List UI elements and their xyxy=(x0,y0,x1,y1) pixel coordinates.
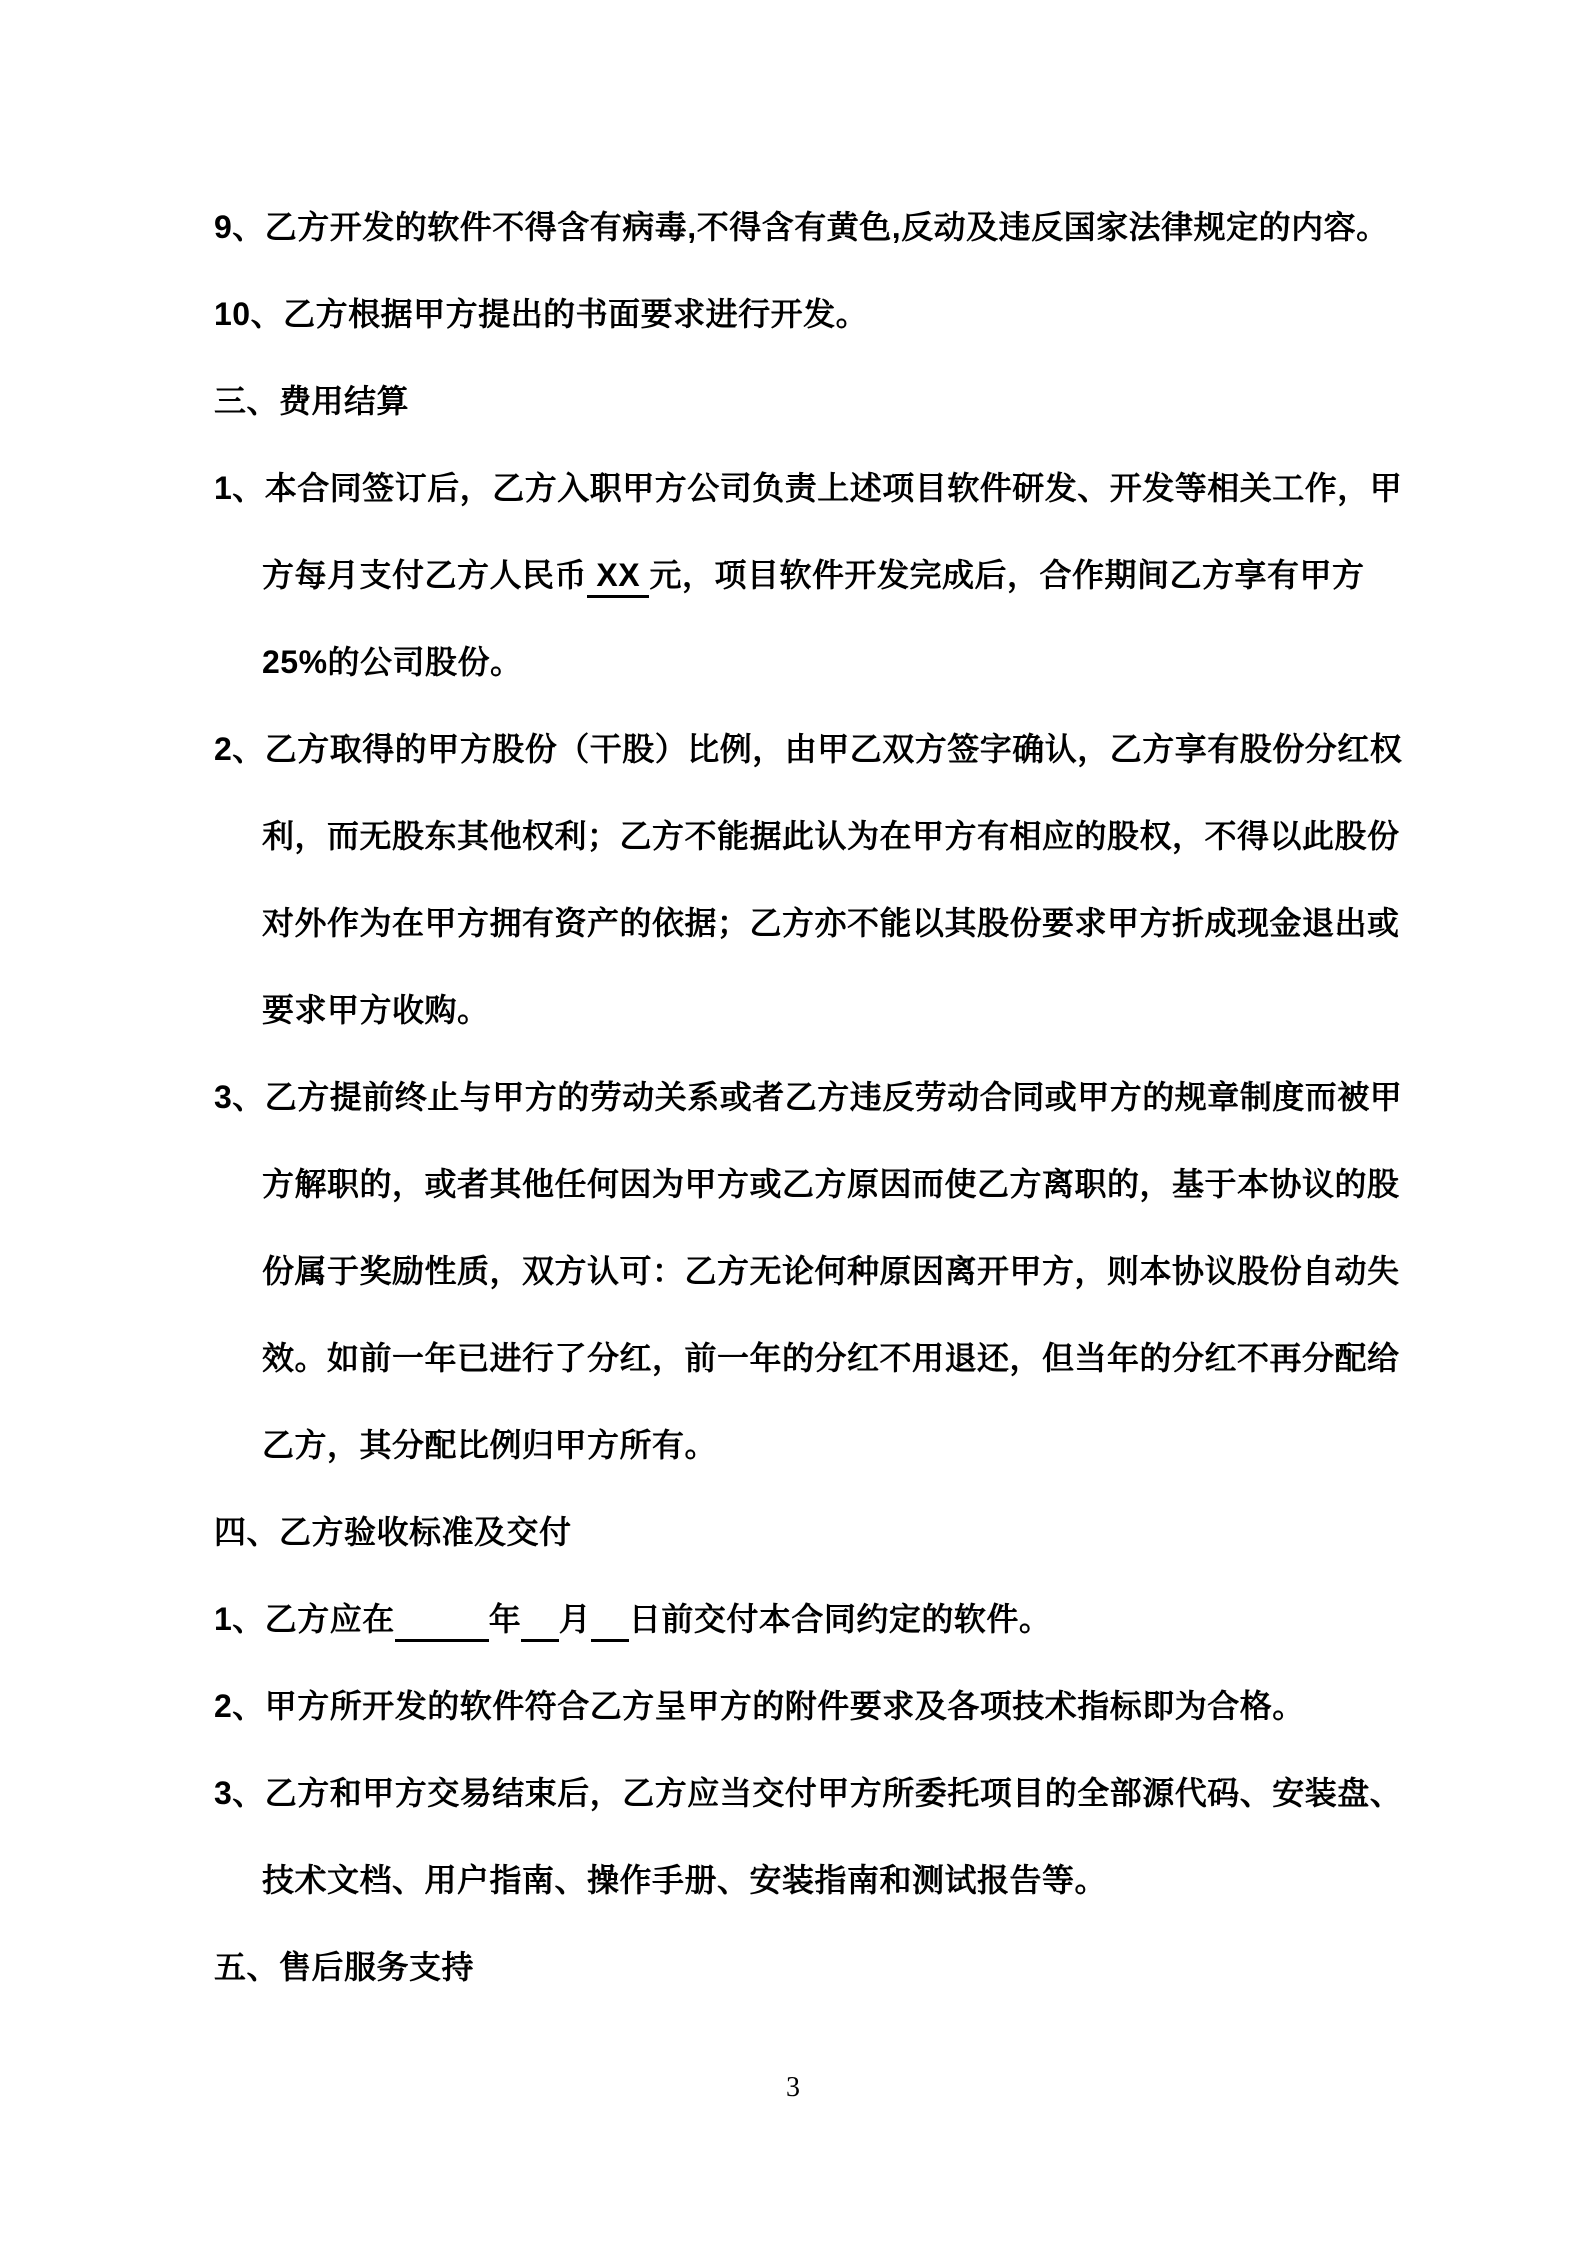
page-number: 3 xyxy=(0,2072,1586,2104)
text-segment: 10、乙方根据甲方提出的书面要求进行开发。 xyxy=(214,296,868,332)
text-line: 技术文档、用户指南、操作手册、安装指南和测试报告等。 xyxy=(214,1837,1376,1924)
text-segment: 1、乙方应在 xyxy=(214,1601,395,1637)
text-segment: 3、乙方提前终止与甲方的劳动关系或者乙方违反劳动合同或甲方的规章制度而被甲 xyxy=(214,1079,1402,1115)
text-line: 四、乙方验收标准及交付 xyxy=(214,1489,1376,1576)
underlined-blank: XX xyxy=(587,557,649,598)
text-segment: 年 xyxy=(489,1601,522,1637)
text-line: 2、甲方所开发的软件符合乙方呈甲方的附件要求及各项技术指标即为合格。 xyxy=(214,1663,1376,1750)
text-line: 利，而无股东其他权利；乙方不能据此认为在甲方有相应的股权，不得以此股份 xyxy=(214,793,1376,880)
contract-clause: 2、甲方所开发的软件符合乙方呈甲方的附件要求及各项技术指标即为合格。 xyxy=(214,1663,1376,1750)
text-segment: 技术文档、用户指南、操作手册、安装指南和测试报告等。 xyxy=(262,1862,1107,1898)
text-segment: 日前交付本合同约定的软件。 xyxy=(629,1601,1052,1637)
text-segment: 四、乙方验收标准及交付 xyxy=(214,1514,572,1550)
text-line: 3、乙方提前终止与甲方的劳动关系或者乙方违反劳动合同或甲方的规章制度而被甲 xyxy=(214,1054,1376,1141)
document-page: 9、乙方开发的软件不得含有病毒,不得含有黄色,反动及违反国家法律规定的内容。10… xyxy=(0,0,1586,2244)
text-segment: 要求甲方收购。 xyxy=(262,992,490,1028)
text-line: 三、费用结算 xyxy=(214,358,1376,445)
text-line: 五、售后服务支持 xyxy=(214,1924,1376,2011)
underlined-blank xyxy=(591,1601,629,1642)
section-heading: 四、乙方验收标准及交付 xyxy=(214,1489,1376,1576)
text-segment: 月 xyxy=(559,1601,592,1637)
text-line: 效。如前一年已进行了分红，前一年的分红不用退还，但当年的分红不再分配给 xyxy=(214,1315,1376,1402)
text-segment: 9、乙方开发的软件不得含有病毒,不得含有黄色,反动及违反国家法律规定的内容。 xyxy=(214,209,1389,245)
contract-clause: 3、乙方和甲方交易结束后，乙方应当交付甲方所委托项目的全部源代码、安装盘、技术文… xyxy=(214,1750,1376,1924)
contract-clause: 10、乙方根据甲方提出的书面要求进行开发。 xyxy=(214,271,1376,358)
text-segment: 乙方，其分配比例归甲方所有。 xyxy=(262,1427,717,1463)
text-segment: 三、费用结算 xyxy=(214,383,409,419)
text-line: 对外作为在甲方拥有资产的依据；乙方亦不能以其股份要求甲方折成现金退出或 xyxy=(214,880,1376,967)
text-segment: 方每月支付乙方人民币 xyxy=(262,557,587,593)
section-heading: 五、售后服务支持 xyxy=(214,1924,1376,2011)
text-segment: 效。如前一年已进行了分红，前一年的分红不用退还，但当年的分红不再分配给 xyxy=(262,1340,1400,1376)
section-heading: 三、费用结算 xyxy=(214,358,1376,445)
text-line: 乙方，其分配比例归甲方所有。 xyxy=(214,1402,1376,1489)
text-segment: 3、乙方和甲方交易结束后，乙方应当交付甲方所委托项目的全部源代码、安装盘、 xyxy=(214,1775,1402,1811)
text-line: 份属于奖励性质，双方认可：乙方无论何种原因离开甲方，则本协议股份自动失 xyxy=(214,1228,1376,1315)
contract-clause: 9、乙方开发的软件不得含有病毒,不得含有黄色,反动及违反国家法律规定的内容。 xyxy=(214,184,1376,271)
text-line: 1、乙方应在 年 月 日前交付本合同约定的软件。 xyxy=(214,1576,1376,1663)
text-segment: 方解职的，或者其他任何因为甲方或乙方原因而使乙方离职的，基于本协议的股 xyxy=(262,1166,1400,1202)
text-line: 方解职的，或者其他任何因为甲方或乙方原因而使乙方离职的，基于本协议的股 xyxy=(214,1141,1376,1228)
text-line: 10、乙方根据甲方提出的书面要求进行开发。 xyxy=(214,271,1376,358)
text-line: 9、乙方开发的软件不得含有病毒,不得含有黄色,反动及违反国家法律规定的内容。 xyxy=(214,184,1376,271)
text-segment: 元，项目软件开发完成后，合作期间乙方享有甲方 xyxy=(649,557,1364,593)
text-line: 2、乙方取得的甲方股份（干股）比例，由甲乙双方签字确认，乙方享有股份分红权 xyxy=(214,706,1376,793)
text-segment: 1、本合同签订后，乙方入职甲方公司负责上述项目软件研发、开发等相关工作，甲 xyxy=(214,470,1402,506)
text-segment: 五、售后服务支持 xyxy=(214,1949,474,1985)
underlined-blank xyxy=(395,1601,489,1642)
text-segment: 对外作为在甲方拥有资产的依据；乙方亦不能以其股份要求甲方折成现金退出或 xyxy=(262,905,1400,941)
text-segment: 利，而无股东其他权利；乙方不能据此认为在甲方有相应的股权，不得以此股份 xyxy=(262,818,1400,854)
text-line: 方每月支付乙方人民币 XX 元，项目软件开发完成后，合作期间乙方享有甲方 xyxy=(214,532,1376,619)
underlined-blank xyxy=(521,1601,559,1642)
text-line: 要求甲方收购。 xyxy=(214,967,1376,1054)
text-segment: 25%的公司股份。 xyxy=(262,644,523,680)
contract-clause: 2、乙方取得的甲方股份（干股）比例，由甲乙双方签字确认，乙方享有股份分红权利，而… xyxy=(214,706,1376,1054)
text-line: 3、乙方和甲方交易结束后，乙方应当交付甲方所委托项目的全部源代码、安装盘、 xyxy=(214,1750,1376,1837)
contract-body: 9、乙方开发的软件不得含有病毒,不得含有黄色,反动及违反国家法律规定的内容。10… xyxy=(214,184,1376,2011)
text-line: 1、本合同签订后，乙方入职甲方公司负责上述项目软件研发、开发等相关工作，甲 xyxy=(214,445,1376,532)
contract-clause: 1、乙方应在 年 月 日前交付本合同约定的软件。 xyxy=(214,1576,1376,1663)
text-segment: 2、甲方所开发的软件符合乙方呈甲方的附件要求及各项技术指标即为合格。 xyxy=(214,1688,1305,1724)
text-segment: 2、乙方取得的甲方股份（干股）比例，由甲乙双方签字确认，乙方享有股份分红权 xyxy=(214,731,1402,767)
contract-clause: 1、本合同签订后，乙方入职甲方公司负责上述项目软件研发、开发等相关工作，甲方每月… xyxy=(214,445,1376,706)
text-line: 25%的公司股份。 xyxy=(214,619,1376,706)
text-segment: 份属于奖励性质，双方认可：乙方无论何种原因离开甲方，则本协议股份自动失 xyxy=(262,1253,1400,1289)
contract-clause: 3、乙方提前终止与甲方的劳动关系或者乙方违反劳动合同或甲方的规章制度而被甲方解职… xyxy=(214,1054,1376,1489)
